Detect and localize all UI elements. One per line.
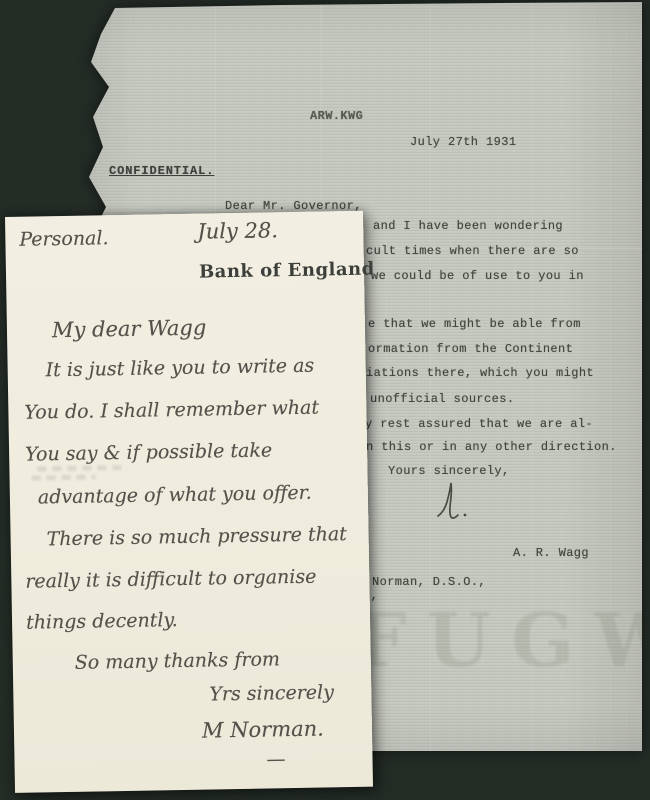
handwritten-body-line: There is so much pressure that: [46, 523, 347, 550]
addressee-line: Norman, D.S.O.,: [372, 575, 486, 589]
handwritten-closing: Yrs sincerely: [209, 681, 334, 705]
confidential-label: CONFIDENTIAL.: [109, 164, 214, 178]
typed-body-line: iations there, which you might: [366, 366, 594, 380]
handwritten-body-line: things decently.: [26, 609, 178, 634]
typed-signatory-name: A. R. Wagg: [513, 546, 589, 560]
handwritten-salutation: My dear Wagg: [52, 316, 207, 343]
typed-body-line: n this or in any other direction.: [366, 440, 617, 454]
bank-of-england-letterhead: Bank of England: [199, 259, 375, 283]
typed-closing: Yours sincerely,: [388, 464, 510, 478]
ink-bleed-mark: [37, 465, 123, 472]
handwritten-body-line: advantage of what you offer.: [38, 482, 312, 509]
signature-flourish: —: [266, 748, 285, 770]
typed-body-line: ormation from the Continent: [368, 342, 573, 356]
handwritten-body-line: It is just like you to write as: [45, 355, 314, 382]
handwritten-letter-sheet: Personal. July 28. Bank of England My de…: [5, 211, 373, 793]
typed-body-line: we could be of use to you in: [371, 269, 584, 283]
handwritten-date: July 28.: [197, 218, 278, 243]
typist-reference: ARW.KWG: [310, 109, 363, 123]
typed-body-line: e that we might be able from: [368, 317, 581, 331]
handwritten-body-line: You say & if possible take: [25, 439, 272, 465]
handwritten-body-line: really it is difficult to organise: [25, 566, 316, 593]
typed-body-line: and I have been wondering: [373, 219, 563, 233]
handwritten-body-line: You do. I shall remember what: [24, 397, 319, 424]
personal-annotation: Personal.: [19, 227, 109, 251]
document-scan: FUGW ARW.KWG July 27th 1931 CONFIDENTIAL…: [0, 0, 650, 800]
typed-body-line: unofficial sources.: [370, 392, 514, 406]
handwritten-body-line: So many thanks from: [75, 648, 281, 674]
typed-body-line: cult times when there are so: [366, 244, 579, 258]
wagg-signature-initial-icon: [434, 478, 474, 528]
ink-bleed-mark: [32, 474, 96, 480]
typed-body-line: y rest assured that we are al-: [365, 417, 593, 431]
typed-letter-date: July 27th 1931: [410, 135, 516, 149]
norman-signature: M Norman.: [202, 717, 324, 743]
paper-watermark: FUGW: [354, 598, 650, 684]
